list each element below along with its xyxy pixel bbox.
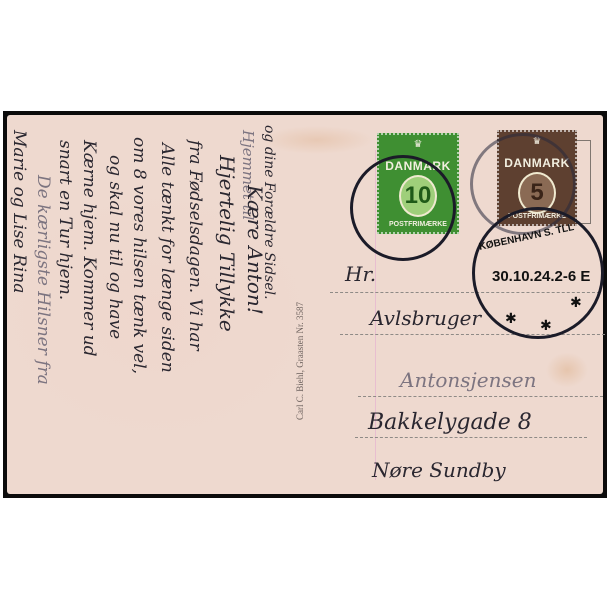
message-line: Hjertelig Tillykke [215, 155, 239, 332]
address-street: Bakkelygade 8 [368, 410, 532, 435]
message-line: snart en Tur hjem. [55, 140, 75, 300]
message-line: Kærne hjem. Kommer ud [79, 140, 99, 357]
message-line: om 8 vores hilsen tænk vel, [129, 137, 149, 374]
crown-icon: ♛ [379, 139, 457, 150]
address-rule [358, 396, 603, 397]
address-town: Nøre Sundby [372, 458, 506, 482]
message-line: Marie og Lise Rina [9, 130, 29, 293]
address-name: Antonsjensen [400, 368, 536, 392]
address-salutation: Hr. [345, 262, 376, 286]
postmark-date: 30.10.24.2-6 E [492, 268, 590, 285]
star-icon: ✱ [505, 311, 517, 327]
message-line: og skal nu til og have [105, 155, 125, 339]
message-line: Alle tænkt for længe siden [157, 143, 177, 373]
message-line: De kærligste Hilsner fra [33, 175, 53, 385]
postmark-circle [350, 155, 456, 261]
address-rule [340, 334, 605, 335]
star-icon: ✱ [540, 318, 552, 334]
message-line: Kære Anton! [243, 185, 267, 315]
publisher-imprint: Carl C. Biehl, Graasten Nr. 3587 [295, 302, 305, 420]
address-rule [355, 437, 587, 438]
address-occupation: Avlsbruger [370, 306, 481, 330]
star-icon: ✱ [570, 295, 582, 311]
message-line: fra Fødselsdagen. Vi har [185, 140, 205, 351]
